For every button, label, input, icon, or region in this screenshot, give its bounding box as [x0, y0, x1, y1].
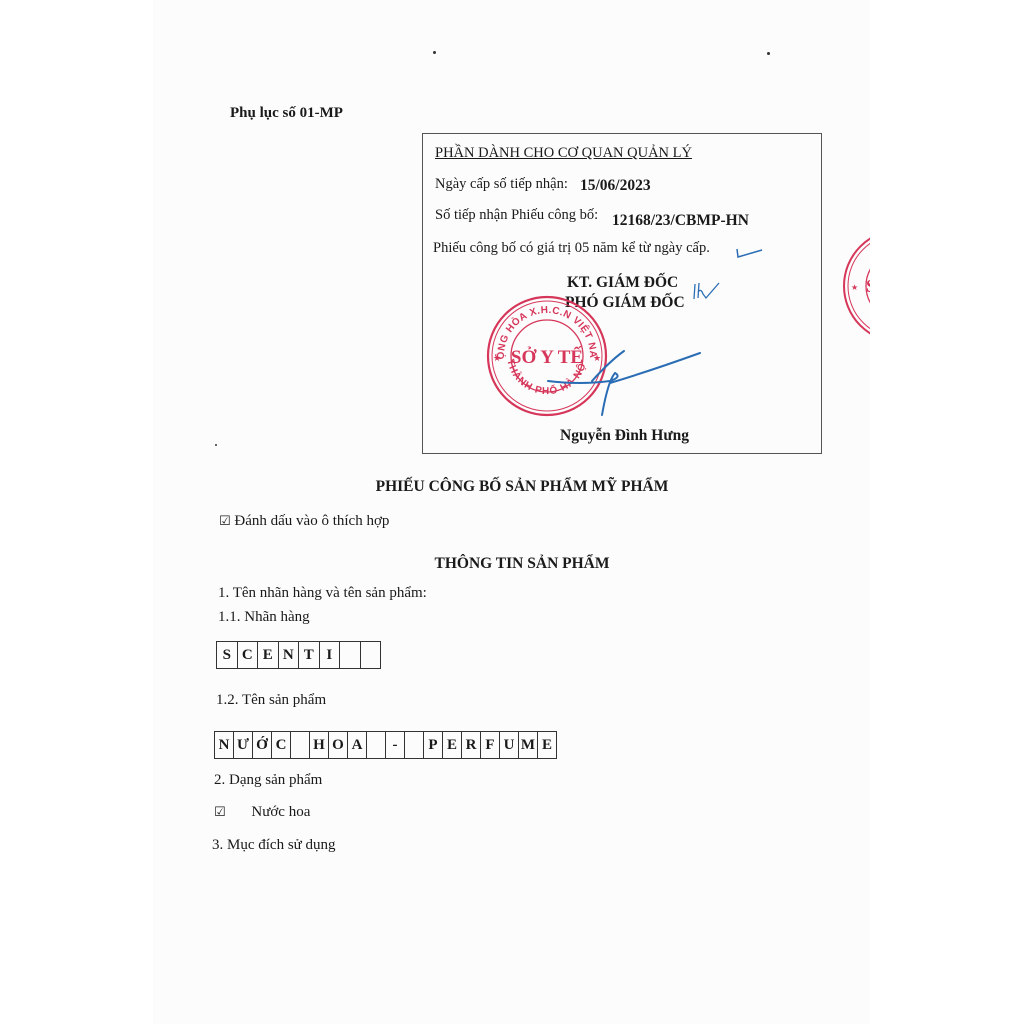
- product-name-cell: P: [424, 731, 443, 759]
- receipt-number-value: 12168/23/CBMP-HN: [612, 212, 749, 230]
- issue-date-label: Ngày cấp số tiếp nhận:: [435, 176, 568, 193]
- scan-speck: [215, 444, 217, 446]
- brand-cell: I: [320, 641, 341, 669]
- mark-instruction: ☑ Đánh dấu vào ô thích hợp: [219, 513, 389, 530]
- product-name-cell: E: [443, 731, 462, 759]
- checkbox-checked-icon: ☑: [219, 514, 231, 529]
- product-name-cell: M: [519, 731, 538, 759]
- product-name-cell: F: [481, 731, 500, 759]
- product-name-cell: -: [386, 731, 405, 759]
- appendix-label: Phụ lục số 01-MP: [230, 105, 343, 122]
- product-name-cell: [367, 731, 386, 759]
- brand-cell: N: [279, 641, 300, 669]
- product-name-cell: U: [500, 731, 519, 759]
- product-name-cell: A: [348, 731, 367, 759]
- brand-cell: S: [217, 641, 238, 669]
- item-2-label: 2. Dạng sản phẩm: [214, 772, 322, 789]
- item-1-1-label: 1.1. Nhãn hàng: [218, 609, 310, 626]
- product-name-boxes: NƯỚCHOA-PERFUME: [214, 731, 557, 759]
- product-name-cell: [291, 731, 310, 759]
- signature-icon: [540, 345, 710, 420]
- brand-cell: C: [238, 641, 259, 669]
- brand-cell: T: [299, 641, 320, 669]
- brand-name-boxes: SCENTI: [216, 641, 381, 669]
- product-name-cell: Ư: [234, 731, 253, 759]
- product-form-option: ☑ Nước hoa: [214, 804, 310, 821]
- product-name-cell: E: [538, 731, 557, 759]
- product-name-cell: R: [462, 731, 481, 759]
- mark-instruction-text: Đánh dấu vào ô thích hợp: [234, 513, 389, 529]
- validity-note: Phiếu công bố có giá trị 05 năm kể từ ng…: [433, 240, 710, 257]
- admin-section-heading: PHẦN DÀNH CHO CƠ QUAN QUẢN LÝ: [435, 145, 692, 162]
- partial-stamp-icon: ★ S: [838, 228, 870, 344]
- svg-text:★: ★: [851, 283, 858, 292]
- brand-cell: [361, 641, 382, 669]
- document-title: PHIẾU CÔNG BỐ SẢN PHẨM MỸ PHẨM: [0, 478, 1024, 496]
- checkbox-checked-icon[interactable]: ☑: [214, 805, 226, 820]
- product-name-cell: Ớ: [253, 731, 272, 759]
- product-name-cell: O: [329, 731, 348, 759]
- scan-speck: [433, 51, 436, 54]
- item-1-label: 1. Tên nhãn hàng và tên sản phẩm:: [218, 585, 427, 602]
- signatory-title-line1: KT. GIÁM ĐỐC: [567, 274, 678, 292]
- initials-icon: [692, 280, 722, 302]
- receipt-number-label: Số tiếp nhận Phiếu công bố:: [435, 207, 598, 224]
- section-title: THÔNG TIN SẢN PHẨM: [0, 555, 1024, 573]
- scan-speck: [767, 52, 770, 55]
- product-name-cell: N: [215, 731, 234, 759]
- product-name-cell: C: [272, 731, 291, 759]
- product-form-label: Nước hoa: [251, 804, 310, 821]
- issue-date-value: 15/06/2023: [580, 177, 651, 195]
- svg-text:★: ★: [493, 353, 501, 363]
- signer-name: Nguyễn Đình Hưng: [560, 427, 689, 445]
- brand-cell: E: [258, 641, 279, 669]
- product-name-cell: [405, 731, 424, 759]
- brand-cell: [340, 641, 361, 669]
- tick-mark-icon: [735, 245, 765, 261]
- item-3-label: 3. Mục đích sử dụng: [212, 837, 336, 854]
- product-name-cell: H: [310, 731, 329, 759]
- item-1-2-label: 1.2. Tên sản phẩm: [216, 692, 326, 709]
- svg-text:S: S: [866, 276, 870, 296]
